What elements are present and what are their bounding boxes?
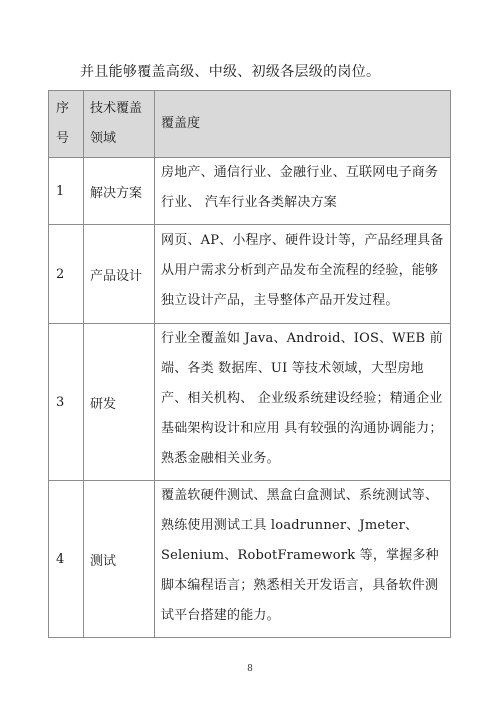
- page-number: 8: [0, 664, 500, 674]
- header-seq: 序号: [49, 91, 84, 158]
- table-row: 3 研发 行业全覆盖如 Java、Android、IOS、WEB 前端、各类 数…: [49, 324, 451, 481]
- header-coverage: 覆盖度: [155, 91, 451, 158]
- header-tech-area: 技术覆盖领域: [84, 91, 155, 158]
- row-number: 1: [49, 158, 84, 225]
- table-row: 4 测试 覆盖软硬件测试、黑盒白盒测试、系统测试等、熟练使用测试工具 loadr…: [49, 481, 451, 638]
- table-header-row: 序号 技术覆盖领域 覆盖度: [49, 91, 451, 158]
- table-row: 2 产品设计 网页、AP、小程序、硬件设计等，产品经理具备从用户需求分析到产品发…: [49, 225, 451, 324]
- row-area: 解决方案: [84, 158, 155, 225]
- row-coverage: 覆盖软硬件测试、黑盒白盒测试、系统测试等、熟练使用测试工具 loadrunner…: [155, 481, 451, 638]
- table-row: 1 解决方案 房地产、通信行业、金融行业、互联网电子商务行业、 汽车行业各类解决…: [49, 158, 451, 225]
- row-coverage: 网页、AP、小程序、硬件设计等，产品经理具备从用户需求分析到产品发布全流程的经验…: [155, 225, 451, 324]
- row-area: 测试: [84, 481, 155, 638]
- row-number: 2: [49, 225, 84, 324]
- row-coverage: 行业全覆盖如 Java、Android、IOS、WEB 前端、各类 数据库、UI…: [155, 324, 451, 481]
- row-area: 产品设计: [84, 225, 155, 324]
- coverage-table: 序号 技术覆盖领域 覆盖度 1 解决方案 房地产、通信行业、金融行业、互联网电子…: [48, 90, 451, 638]
- row-number: 4: [49, 481, 84, 638]
- intro-paragraph: 并且能够覆盖高级、中级、初级各层级的岗位。: [80, 62, 380, 82]
- row-area: 研发: [84, 324, 155, 481]
- row-number: 3: [49, 324, 84, 481]
- row-coverage: 房地产、通信行业、金融行业、互联网电子商务行业、 汽车行业各类解决方案: [155, 158, 451, 225]
